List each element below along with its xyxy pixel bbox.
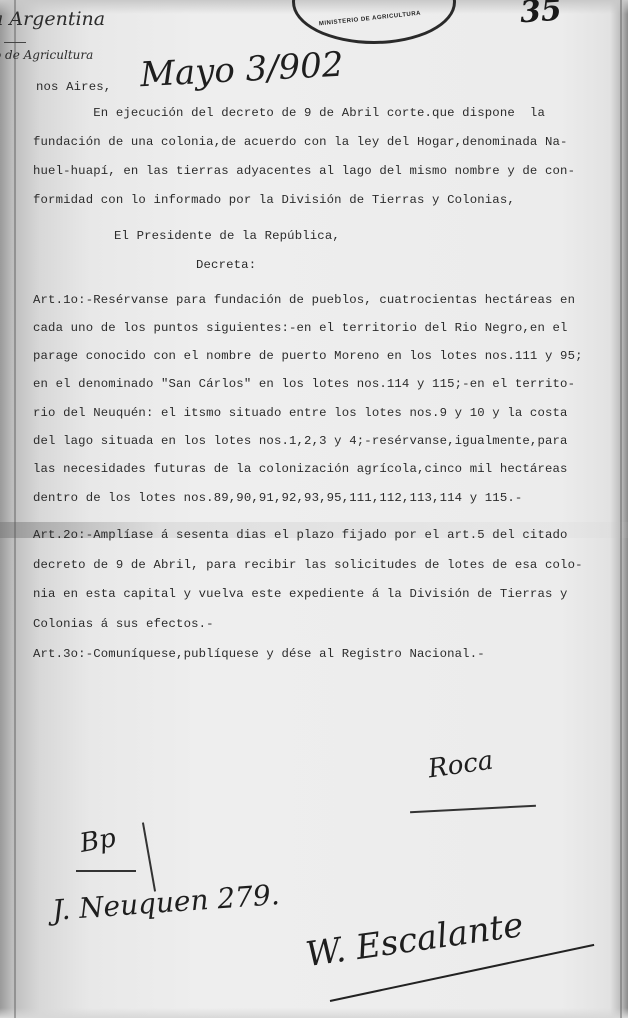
preamble-line-3: huel-huapí, en las tierras adyacentes al… bbox=[33, 164, 575, 178]
art2-line-4: Colonias á sus efectos.- bbox=[33, 617, 214, 631]
left-binding-edge bbox=[14, 0, 16, 1018]
art1-line-3: parage conocido con el nombre de puerto … bbox=[33, 349, 583, 363]
art2-line-2: decreto de 9 de Abril, para recibir las … bbox=[33, 558, 583, 572]
art1-line-2: cada uno de los puntos siguientes:-en el… bbox=[33, 321, 568, 335]
rubric-left-underline bbox=[76, 870, 136, 872]
rubric-left: Bp bbox=[78, 823, 118, 859]
document-page: a Argentina o de Agricultura MINISTERIO … bbox=[0, 0, 628, 1018]
art1-line-5: rio del Neuquén: el itsmo situado entre … bbox=[33, 406, 568, 420]
art1-line-7: las necesidades futuras de la colonizaci… bbox=[33, 462, 568, 476]
art3-line-1: Art.3o:-Comuníquese,publíquese y dése al… bbox=[33, 647, 485, 661]
art2-line-1: Art.2o:-Amplíase á sesenta dias el plazo… bbox=[33, 528, 568, 542]
preamble-line-4: formidad con lo informado por la Divisió… bbox=[33, 193, 515, 207]
folio-number: 35 bbox=[519, 0, 563, 30]
preamble-line-1: En ejecución del decreto de 9 de Abril c… bbox=[33, 106, 545, 120]
art1-line-6: del lago situada en los lotes nos.1,2,3 … bbox=[33, 434, 568, 448]
place-line: nos Aires, bbox=[36, 80, 111, 94]
art2-line-3: nia en esta capital y vuelva este expedi… bbox=[33, 587, 568, 601]
art1-line-4: en el denominado "San Cárlos" en los lot… bbox=[33, 377, 575, 391]
rubric-roca: Roca bbox=[426, 746, 495, 785]
art1-line-1: Art.1o:-Resérvanse para fundación de pue… bbox=[33, 293, 575, 307]
president-line: El Presidente de la República, bbox=[114, 229, 340, 243]
letterhead-ministry: o de Agricultura bbox=[0, 48, 93, 62]
rubric-stroke bbox=[142, 822, 156, 891]
preamble-line-2: fundación de una colonia,de acuerdo con … bbox=[33, 135, 568, 149]
handwritten-annotation: J. Neuquen 279. bbox=[51, 878, 281, 927]
handwritten-date: Mayo 3/902 bbox=[139, 45, 344, 96]
letterhead-rule bbox=[4, 42, 26, 43]
page-bottom-shadow bbox=[0, 1008, 628, 1018]
letterhead-country: a Argentina bbox=[0, 8, 105, 30]
right-page-edge bbox=[620, 0, 622, 1018]
art1-line-8: dentro de los lotes nos.89,90,91,92,93,9… bbox=[33, 491, 522, 505]
decreta-heading: Decreta: bbox=[196, 258, 256, 272]
rubric-underline bbox=[410, 805, 536, 814]
